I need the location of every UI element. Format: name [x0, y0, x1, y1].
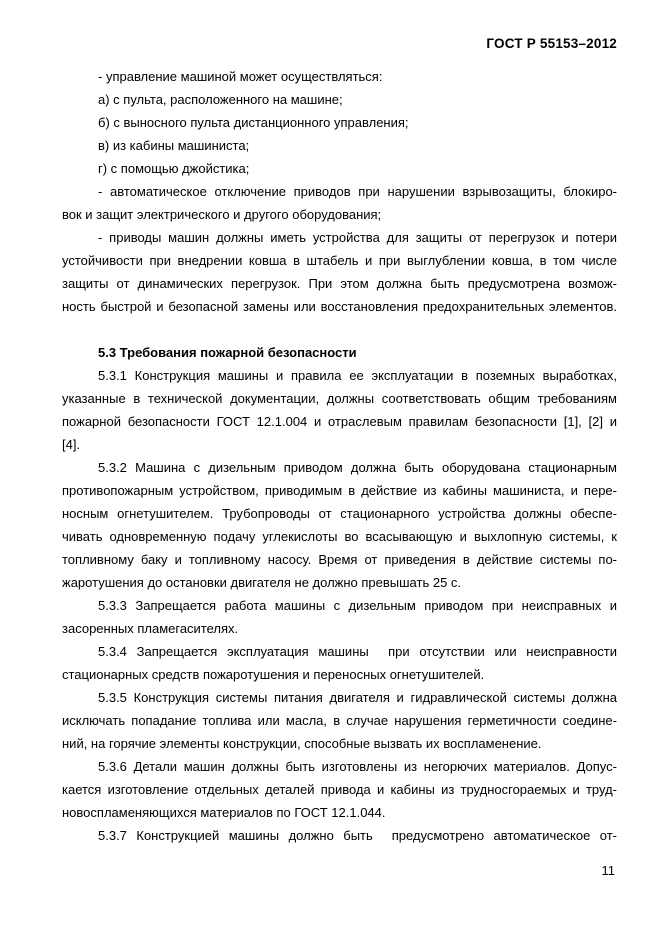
text-line: носным огнетушителем. Трубопроводы от ст…	[62, 502, 617, 525]
text-line: чивать одновременную подачу углекислоты …	[62, 525, 617, 548]
content-area: - управление машиной может осуществлятьс…	[62, 65, 617, 847]
paragraph: 5.3.5 Конструкция системы питания двигат…	[62, 686, 617, 755]
text-line: - приводы машин должны иметь устройства …	[62, 226, 617, 249]
text-line: пожарной безопасности ГОСТ 12.1.004 и от…	[62, 410, 617, 433]
text-line: ний, на горячие элементы конструкции, сп…	[62, 732, 617, 755]
text-line: вок и защит электрического и другого обо…	[62, 203, 617, 226]
paragraph: - автоматическое отключение приводов при…	[62, 180, 617, 226]
text-line: жаротушения до остановки двигателя не до…	[62, 571, 617, 594]
page-number: 11	[602, 859, 616, 882]
text-line: 5.3.1 Конструкция машины и правила ее эк…	[62, 364, 617, 387]
text-line: г) с помощью джойстика;	[62, 157, 617, 180]
paragraph: 5.3.2 Машина с дизельным приводом должна…	[62, 456, 617, 594]
text-line: 5.3 Требования пожарной безопасности	[62, 341, 617, 364]
paragraph: а) с пульта, расположенного на машине;	[62, 88, 617, 111]
doc-header-code: ГОСТ Р 55153–2012	[486, 36, 617, 51]
text-line: б) с выносного пульта дистанционного упр…	[62, 111, 617, 134]
text-line: 5.3.2 Машина с дизельным приводом должна…	[62, 456, 617, 479]
paragraph: 5.3.4 Запрещается эксплуатация машины пр…	[62, 640, 617, 686]
paragraph: 5.3.7 Конструкцией машины должно быть пр…	[62, 824, 617, 847]
text-line: топливному баку и топливному насосу. Вре…	[62, 548, 617, 571]
text-line: засоренных пламегасителях.	[62, 617, 617, 640]
text-line: исключать попадание топлива или масла, в…	[62, 709, 617, 732]
text-line: противопожарным устройством, приводимым …	[62, 479, 617, 502]
text-line: в) из кабины машиниста;	[62, 134, 617, 157]
paragraph: - управление машиной может осуществлятьс…	[62, 65, 617, 88]
paragraph: в) из кабины машиниста;	[62, 134, 617, 157]
text-line: 5.3.6 Детали машин должны быть изготовле…	[62, 755, 617, 778]
text-line: 5.3.5 Конструкция системы питания двигат…	[62, 686, 617, 709]
paragraph: 5.3.3 Запрещается работа машины с дизель…	[62, 594, 617, 640]
paragraph: 5.3.1 Конструкция машины и правила ее эк…	[62, 364, 617, 456]
text-line: устойчивости при внедрении ковша в штабе…	[62, 249, 617, 272]
text-line: 5.3.7 Конструкцией машины должно быть пр…	[62, 824, 617, 847]
text-line: 5.3.4 Запрещается эксплуатация машины пр…	[62, 640, 617, 663]
section-heading: 5.3 Требования пожарной безопасности	[62, 341, 617, 364]
paragraph: г) с помощью джойстика;	[62, 157, 617, 180]
text-line: [4].	[62, 433, 617, 456]
text-line: а) с пульта, расположенного на машине;	[62, 88, 617, 111]
text-line: ность быстрой и безопасной замены или во…	[62, 295, 617, 318]
paragraph: б) с выносного пульта дистанционного упр…	[62, 111, 617, 134]
text-line: 5.3.3 Запрещается работа машины с дизель…	[62, 594, 617, 617]
text-line: указанные в технической документации, до…	[62, 387, 617, 410]
text-line: кается изготовление отдельных деталей пр…	[62, 778, 617, 801]
paragraph: - приводы машин должны иметь устройства …	[62, 226, 617, 318]
document-page: ГОСТ Р 55153–2012 - управление машиной м…	[0, 0, 661, 935]
paragraph: 5.3.6 Детали машин должны быть изготовле…	[62, 755, 617, 824]
text-line: стационарных средств пожаротушения и пер…	[62, 663, 617, 686]
text-line: - управление машиной может осуществлятьс…	[62, 65, 617, 88]
text-line: новоспламеняющихся материалов по ГОСТ 12…	[62, 801, 617, 824]
text-line: защиты от динамических перегрузок. При э…	[62, 272, 617, 295]
text-line: - автоматическое отключение приводов при…	[62, 180, 617, 203]
